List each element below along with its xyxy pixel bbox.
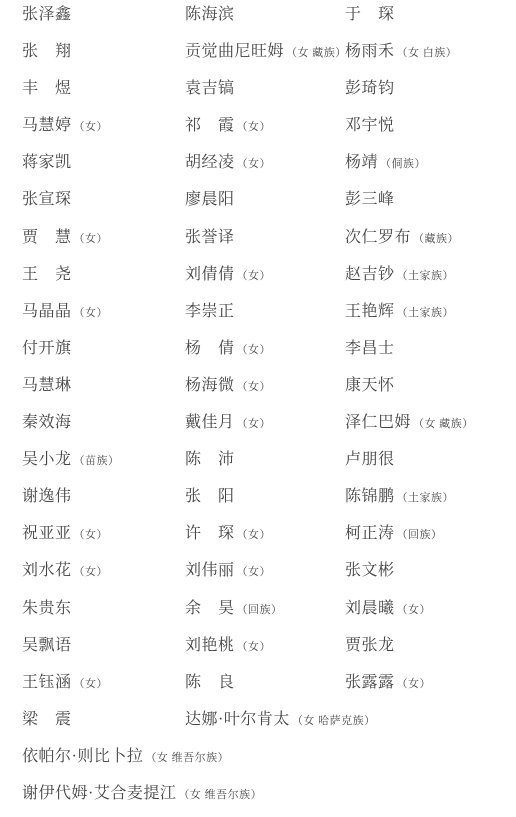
name-entry: 贾张龙 (345, 638, 395, 654)
name-entry: 张宣琛 (22, 192, 72, 208)
name-row: 吴飘语刘艳桃（女）贾张龙 (0, 631, 516, 668)
name-entry: 泽仁巴姆（女 藏族） (345, 415, 474, 432)
name-entry: 胡经凌（女） (185, 155, 271, 172)
name-entry: 彭三峰 (345, 192, 395, 208)
name-entry: 戴佳月（女） (185, 415, 271, 432)
name-entry: 依帕尔·则比卜拉（女 维吾尔族） (22, 749, 229, 766)
name-entry: 次仁罗布（藏族） (345, 230, 459, 247)
name-entry: 朱贵东 (22, 601, 72, 617)
person-name: 张 翔 (22, 43, 72, 60)
name-row: 祝亚亚（女）许 琛（女）柯正涛（回族） (0, 519, 516, 556)
name-entry: 卢朋很 (345, 452, 395, 468)
person-name: 张誉译 (185, 229, 235, 246)
person-name: 祁 霞 (185, 117, 235, 134)
person-name: 王艳辉 (345, 303, 395, 320)
name-entry: 陈锦鹏（土家族） (345, 489, 454, 506)
person-name: 依帕尔·则比卜拉 (22, 748, 143, 765)
person-name: 卢朋很 (345, 451, 395, 468)
name-row: 谢伊代姆·艾合麦提江（女 维吾尔族） (0, 779, 516, 816)
name-row: 朱贵东余 昊（回族）刘晨曦（女） (0, 594, 516, 631)
name-entry: 刘倩倩（女） (185, 267, 271, 284)
person-name: 泽仁巴姆 (345, 414, 411, 431)
person-annotation: （侗族） (380, 158, 426, 170)
person-annotation: （女） (237, 566, 272, 578)
person-annotation: （女 维吾尔族） (145, 752, 229, 764)
person-name: 马慧琳 (22, 377, 72, 394)
person-name: 杨靖 (345, 154, 378, 171)
person-annotation: （女） (74, 566, 109, 578)
name-entry: 李崇正 (185, 304, 235, 320)
person-annotation: （藏族） (413, 233, 459, 245)
name-entry: 祝亚亚（女） (22, 526, 108, 543)
person-name: 贾 慧 (22, 229, 72, 246)
person-annotation: （女） (74, 233, 109, 245)
name-entry: 张泽鑫 (22, 7, 72, 23)
name-entry: 陈 沛 (185, 452, 235, 468)
name-entry: 贡觉曲尼旺姆（女 藏族） (185, 44, 347, 61)
name-entry: 祁 霞（女） (185, 118, 271, 135)
name-entry: 王艳辉（土家族） (345, 304, 454, 321)
name-row: 丰 煜袁吉镐彭琦钧 (0, 74, 516, 111)
person-name: 张露露 (345, 674, 395, 691)
person-name: 胡经凌 (185, 154, 235, 171)
name-row: 马慧婷（女）祁 霞（女）邓宇悦 (0, 111, 516, 148)
person-name: 杨 倩 (185, 340, 235, 357)
person-annotation: （女 维吾尔族） (178, 789, 262, 801)
person-name: 马晶晶 (22, 303, 72, 320)
person-annotation: （女） (397, 678, 432, 690)
name-row: 付开旗杨 倩（女）李昌士 (0, 334, 516, 371)
person-name: 陈 沛 (185, 451, 235, 468)
name-list: 张泽鑫陈海滨于 琛张 翔贡觉曲尼旺姆（女 藏族）杨雨禾（女 白族）丰 煜袁吉镐彭… (0, 0, 516, 817)
name-entry: 蒋家凯 (22, 155, 72, 171)
person-annotation: （女） (237, 344, 272, 356)
person-name: 丰 煜 (22, 80, 72, 97)
person-name: 祝亚亚 (22, 525, 72, 542)
name-entry: 余 昊（回族） (185, 601, 283, 618)
name-entry: 袁吉镐 (185, 81, 235, 97)
name-entry: 杨海微（女） (185, 378, 271, 395)
name-row: 贾 慧（女）张誉译次仁罗布（藏族） (0, 223, 516, 260)
person-name: 谢逸伟 (22, 488, 72, 505)
person-name: 刘晨曦 (345, 600, 395, 617)
person-name: 廖晨阳 (185, 191, 235, 208)
name-entry: 邓宇悦 (345, 118, 395, 134)
person-name: 付开旗 (22, 340, 72, 357)
name-entry: 王 尧 (22, 267, 72, 283)
person-name: 康天怀 (345, 377, 395, 394)
person-name: 彭三峰 (345, 191, 395, 208)
name-entry: 李昌士 (345, 341, 395, 357)
name-entry: 陈 良 (185, 675, 235, 691)
person-name: 梁 震 (22, 711, 72, 728)
person-annotation: （土家族） (397, 492, 455, 504)
name-entry: 达娜·叶尔肯太（女 哈萨克族） (185, 712, 376, 729)
name-entry: 刘艳桃（女） (185, 638, 271, 655)
name-row: 王钰涵（女）陈 良张露露（女） (0, 668, 516, 705)
name-entry: 贾 慧（女） (22, 230, 108, 247)
name-entry: 张 翔 (22, 44, 72, 60)
person-name: 吴飘语 (22, 637, 72, 654)
person-annotation: （女） (74, 307, 109, 319)
person-annotation: （女） (397, 604, 432, 616)
name-entry: 马慧琳 (22, 378, 72, 394)
name-entry: 于 琛 (345, 7, 395, 23)
person-annotation: （女） (74, 121, 109, 133)
person-name: 贾张龙 (345, 637, 395, 654)
name-entry: 刘水花（女） (22, 563, 108, 580)
name-row: 刘水花（女）刘伟丽（女）张文彬 (0, 556, 516, 593)
name-entry: 张誉译 (185, 230, 235, 246)
name-row: 蒋家凯胡经凌（女）杨靖（侗族） (0, 148, 516, 185)
person-name: 朱贵东 (22, 600, 72, 617)
name-entry: 张 阳 (185, 489, 235, 505)
name-row: 梁 震达娜·叶尔肯太（女 哈萨克族） (0, 705, 516, 742)
person-annotation: （苗族） (74, 455, 120, 467)
person-name: 谢伊代姆·艾合麦提江 (22, 785, 176, 802)
name-entry: 谢逸伟 (22, 489, 72, 505)
name-row: 马慧琳杨海微（女）康天怀 (0, 371, 516, 408)
person-name: 李崇正 (185, 303, 235, 320)
person-name: 陈 良 (185, 674, 235, 691)
person-annotation: （女） (237, 270, 272, 282)
name-row: 马晶晶（女）李崇正王艳辉（土家族） (0, 297, 516, 334)
person-name: 王钰涵 (22, 674, 72, 691)
person-name: 许 琛 (185, 525, 235, 542)
name-row: 谢逸伟张 阳陈锦鹏（土家族） (0, 482, 516, 519)
person-annotation: （女） (237, 381, 272, 393)
person-annotation: （女 哈萨克族） (292, 715, 376, 727)
name-entry: 赵吉钞（土家族） (345, 267, 454, 284)
person-annotation: （女） (237, 529, 272, 541)
person-name: 彭琦钧 (345, 80, 395, 97)
person-annotation: （女） (74, 678, 109, 690)
person-name: 蒋家凯 (22, 154, 72, 171)
name-entry: 廖晨阳 (185, 192, 235, 208)
name-entry: 秦效海 (22, 415, 72, 431)
person-name: 王 尧 (22, 266, 72, 283)
name-entry: 马晶晶（女） (22, 304, 108, 321)
name-entry: 梁 震 (22, 712, 72, 728)
name-row: 王 尧刘倩倩（女）赵吉钞（土家族） (0, 260, 516, 297)
person-annotation: （女 藏族） (286, 47, 347, 59)
name-entry: 马慧婷（女） (22, 118, 108, 135)
person-name: 马慧婷 (22, 117, 72, 134)
person-name: 张宣琛 (22, 191, 72, 208)
name-row: 张 翔贡觉曲尼旺姆（女 藏族）杨雨禾（女 白族） (0, 37, 516, 74)
name-row: 秦效海戴佳月（女）泽仁巴姆（女 藏族） (0, 408, 516, 445)
person-annotation: （女） (237, 121, 272, 133)
person-name: 达娜·叶尔肯太 (185, 711, 290, 728)
person-name: 刘艳桃 (185, 637, 235, 654)
person-annotation: （土家族） (397, 270, 455, 282)
person-annotation: （回族） (237, 604, 283, 616)
person-name: 陈海滨 (185, 6, 235, 23)
person-name: 柯正涛 (345, 525, 395, 542)
person-annotation: （女 白族） (397, 47, 458, 59)
person-name: 戴佳月 (185, 414, 235, 431)
name-entry: 张露露（女） (345, 675, 431, 692)
name-entry: 吴小龙（苗族） (22, 452, 120, 469)
name-entry: 彭琦钧 (345, 81, 395, 97)
person-name: 秦效海 (22, 414, 72, 431)
person-name: 杨雨禾 (345, 43, 395, 60)
person-name: 杨海微 (185, 377, 235, 394)
person-name: 赵吉钞 (345, 266, 395, 283)
person-name: 李昌士 (345, 340, 395, 357)
name-entry: 王钰涵（女） (22, 675, 108, 692)
name-entry: 丰 煜 (22, 81, 72, 97)
person-name: 刘倩倩 (185, 266, 235, 283)
person-annotation: （女） (74, 529, 109, 541)
name-entry: 付开旗 (22, 341, 72, 357)
name-entry: 杨靖（侗族） (345, 155, 426, 172)
person-annotation: （女） (237, 418, 272, 430)
name-entry: 杨雨禾（女 白族） (345, 44, 457, 61)
person-annotation: （回族） (397, 529, 443, 541)
person-name: 刘水花 (22, 562, 72, 579)
person-name: 刘伟丽 (185, 562, 235, 579)
name-row: 吴小龙（苗族）陈 沛卢朋很 (0, 445, 516, 482)
name-entry: 杨 倩（女） (185, 341, 271, 358)
person-annotation: （女） (237, 158, 272, 170)
name-row: 张宣琛廖晨阳彭三峰 (0, 185, 516, 222)
name-entry: 吴飘语 (22, 638, 72, 654)
name-entry: 许 琛（女） (185, 526, 271, 543)
name-entry: 刘晨曦（女） (345, 601, 431, 618)
person-name: 于 琛 (345, 6, 395, 23)
person-name: 吴小龙 (22, 451, 72, 468)
person-name: 余 昊 (185, 600, 235, 617)
name-entry: 张文彬 (345, 563, 395, 579)
person-name: 邓宇悦 (345, 117, 395, 134)
person-name: 张泽鑫 (22, 6, 72, 23)
name-row: 依帕尔·则比卜拉（女 维吾尔族） (0, 742, 516, 779)
person-annotation: （女） (237, 641, 272, 653)
person-name: 张 阳 (185, 488, 235, 505)
person-annotation: （土家族） (397, 307, 455, 319)
name-entry: 康天怀 (345, 378, 395, 394)
name-entry: 陈海滨 (185, 7, 235, 23)
person-name: 袁吉镐 (185, 80, 235, 97)
person-name: 陈锦鹏 (345, 488, 395, 505)
person-name: 张文彬 (345, 562, 395, 579)
name-entry: 柯正涛（回族） (345, 526, 443, 543)
person-name: 贡觉曲尼旺姆 (185, 43, 284, 60)
name-entry: 刘伟丽（女） (185, 563, 271, 580)
name-entry: 谢伊代姆·艾合麦提江（女 维吾尔族） (22, 786, 262, 803)
name-row: 张泽鑫陈海滨于 琛 (0, 0, 516, 37)
person-annotation: （女 藏族） (413, 418, 474, 430)
person-name: 次仁罗布 (345, 229, 411, 246)
